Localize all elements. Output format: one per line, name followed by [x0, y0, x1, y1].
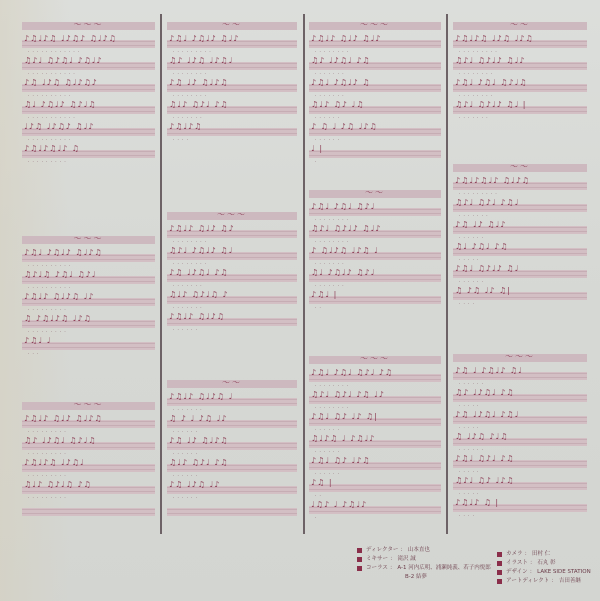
- bullet-square-icon: [357, 557, 362, 562]
- staff: ♪♫♩♪ ♫♩♪ ♫♩♪♫· · · · · · · · ·: [22, 420, 155, 428]
- staff: ♪♫♩♪ ♫♩♪ ♫♪· · · · · · · ·: [167, 230, 297, 238]
- song-title-band: 〜〜〜: [22, 22, 155, 30]
- staff: ♪ ♫♩♪♫ ♩♪♫ ♩· · · · · · ·: [309, 252, 441, 260]
- song-section: 〜〜〜 ♪♫♩ ♪♫♩♪ ♫♩♪♫· · · · · · · · · · ♫♪♩…: [22, 236, 155, 364]
- staff: ♫ ♪♫♩♪♫ ♩♪♫· · · · · · · · ·: [22, 320, 155, 328]
- staff: ♪♫ ♩♪ ♫♩♪· · · · · ·: [453, 226, 587, 234]
- staff: ♫♩♪ ♫♪♩♫ ♪♫· · · · · · · · ·: [22, 486, 155, 494]
- staff: ♫ ♪♫ ♩♪ ♫|· · · ·: [453, 292, 587, 300]
- song-title: 〜〜〜: [22, 399, 155, 410]
- staff: ♪♫♩ ♪♫♩ ♫♪♩· · · · · · · ·: [309, 208, 441, 216]
- staff: [22, 508, 155, 516]
- song-title: 〜〜: [167, 19, 297, 30]
- staff: ♫♩♪ ♫♪♩ ♪♫· · · · · · ·: [167, 106, 297, 114]
- song-title-band: 〜〜〜: [167, 212, 297, 220]
- staff: ♫♪♩ ♫♪♩♪ ♫♩♪· · · · · · · ·: [453, 62, 587, 70]
- song-title-band: 〜〜〜: [309, 356, 441, 364]
- staff: ♫♪♩♫ ♪♫♩ ♫♪♩· · · · · · · · · ·: [22, 276, 155, 284]
- song-title: 〜〜: [309, 187, 441, 198]
- staff: ♫♪♩ ♫♪♩♪ ♫♩ |· · · · · · ·: [453, 106, 587, 114]
- song-section: 〜〜〜 ♪♫ ♩ ♪♫♩♪ ♫♩· · · · · · ♫♪ ♩♪♫♩ ♪♫· …: [453, 354, 587, 526]
- bullet-square-icon: [497, 570, 502, 575]
- staff: ♫ ♩♪♫ ♪♩♫· · · · · ·: [453, 438, 587, 446]
- song-title: 〜〜〜: [22, 19, 155, 30]
- staff: ♫♩♪ ♫♪ ♩♫· · · · · ·: [309, 106, 441, 114]
- song-title-band: 〜〜〜: [453, 354, 587, 362]
- staff: ♪♫♩♪♫· · · ·: [167, 128, 297, 136]
- song-section: 〜〜〜 ♪♫♩♪ ♫♩♪ ♫♪· · · · · · · · ♫♪♩ ♪♫♩♪ …: [167, 212, 297, 340]
- credit-row: デザイン：LAKE SIDE STATION: [497, 568, 591, 577]
- staff: ♩♫♪ ♩ ♪♫♩♪·: [309, 506, 441, 514]
- song-title-band: 〜〜: [453, 22, 587, 30]
- credits-right: カメラ：田村 仁 イラスト：石丸 彰 デザイン：LAKE SIDE STATIO…: [497, 550, 591, 586]
- song-title-band: 〜〜〜: [22, 236, 155, 244]
- staff: ♫♩ ♪♫♩♪ ♫♪♩· · · · · · ·: [309, 274, 441, 282]
- song-title: 〜〜〜: [453, 351, 587, 362]
- staff: ♪♫♩♪♫ ♩♪♫♪ ♫♩♪♫· · · · · · · · · · · ·: [22, 40, 155, 48]
- staff: ♪♫♩ ♫♪ ♩♪♫· · · · · ·: [309, 462, 441, 470]
- credit-row: コーラス：A-1 河内広明、浦瀬純義、若子内悦郎: [357, 564, 491, 573]
- song-section: 〜〜 ♪♫♩ ♪♫♩ ♫♪♩· · · · · · · · ♫♪♩ ♫♪♩♪ ♫…: [309, 190, 441, 318]
- song-title: 〜〜〜: [167, 209, 297, 220]
- staff: ♪♫♩ ♪♫♩ ♫♪♩ ♪♫· · · · · · · ·: [309, 374, 441, 382]
- staff: ♫ ♪ ♩ ♪♫ ♩♪· · · · · ·: [167, 420, 297, 428]
- staff: ♩♪♫ ♩♪♫♪ ♫♩♪· · · · · · · · · ·: [22, 128, 155, 136]
- staff: ♪♫♩♪♫ ♩♪♫♩· · · · · · · · ·: [22, 464, 155, 472]
- song-title: 〜〜: [453, 161, 587, 172]
- staff: ♪♫ ♩ ♪♫♩♪ ♫♩· · · · · ·: [453, 372, 587, 380]
- staff: ♫♪ ♩♪♫ ♩♪♫♩· · · · · · · ·: [167, 62, 297, 70]
- song-section: 〜〜 ♪♫♩♪♫♩♪ ♫♩♪♫· · · · · · · · · ♫♪♩ ♫♪♩…: [453, 164, 587, 314]
- staff: ♪♫ ♩♪♫ ♩♪· · · · · ·: [167, 486, 297, 494]
- staff: ♪♫♩ ♫♪ ♩♪ ♫|· · · · · ·: [309, 418, 441, 426]
- credit-row: イラスト：石丸 彰: [497, 559, 591, 568]
- staff: ♫♪♩ ♫♪♫♩ ♪♫♩♪· · · · · · · · · · ·: [22, 62, 155, 70]
- song-title: 〜〜: [453, 19, 587, 30]
- song-section: 〜〜 ♪♫♩♪♫ ♩♪♫ ♩♪♫· · · · · · · · · ♫♪♩ ♫♪…: [453, 22, 587, 128]
- credits-left: ディレクター：山本直也 ミキサー：滝沢 誠 コーラス：A-1 河内広明、浦瀬純義…: [357, 546, 491, 582]
- bullet-square-icon: [497, 561, 502, 566]
- bullet-square-icon: [357, 548, 362, 553]
- staff: ♪♫♩♪♫♩♪ ♫· · · · · · · · ·: [22, 150, 155, 158]
- bullet-square-icon: [497, 552, 502, 557]
- staff: ♪♫♩♪ ♫♩♪♫ ♩· · · · · · ·: [167, 398, 297, 406]
- staff: ♪♫♩♪ ♫ |· · · ·: [453, 504, 587, 512]
- staff: ♪♫♩ ♩· · ·: [22, 342, 155, 350]
- staff: ♫♪ ♩♪♫♩ ♪♫· · · · ·: [453, 394, 587, 402]
- staff: ♪♫ ♩♪♫ ♫♩♪♫♪· · · · · · · · · ·: [22, 84, 155, 92]
- staff: ♪♫♩♪ ♫♩♪♫ ♩♪· · · · · · · · ·: [22, 298, 155, 306]
- song-title: 〜〜〜: [309, 353, 441, 364]
- staff: ♫♪♩ ♫♪ ♩♪♫· · · · ·: [453, 482, 587, 490]
- staff: ♪♫ ♩♪♫♩ ♪♫· · · · · · ·: [167, 274, 297, 282]
- staff: ♫♩♪♫ ♩ ♪♫♩♪· · · · · ·: [309, 440, 441, 448]
- staff: ♫♩ ♪♫♩♪ ♫♪♩♫· · · · · · · · · · ·: [22, 106, 155, 114]
- song-section: 〜〜〜 ♪♫♩♪ ♫♩♪ ♫♩♪♫· · · · · · · · · ♫♪ ♩♪…: [22, 402, 155, 530]
- staff: ♪ ♫ ♩ ♪♫ ♩♪♫· · · · · ·: [309, 128, 441, 136]
- staff: ♫♪ ♩♪♫♩ ♪♫· · · · · · ·: [309, 62, 441, 70]
- staff: ♪♫♩ |· ·: [309, 296, 441, 304]
- column-divider: [446, 14, 448, 534]
- staff: ♪♫♩ ♫♪♩ ♪♫· · · · ·: [453, 460, 587, 468]
- song-section: 〜〜〜 ♪♫♩ ♪♫♩ ♫♪♩ ♪♫· · · · · · · · ♫♪♩ ♫♪…: [309, 356, 441, 528]
- song-title-band: 〜〜: [167, 380, 297, 388]
- staff: ♫♩♪ ♫♪♩♫ ♪· · · · · · ·: [167, 296, 297, 304]
- staff: ♪♫♩ ♪♫♩♪ ♫· · · · · · ·: [309, 84, 441, 92]
- staff: ♫♪♩ ♫♪♩♪ ♫♩♪· · · · · · · ·: [309, 230, 441, 238]
- bullet-square-icon: [357, 566, 362, 571]
- staff: ♫♪♩ ♪♫♩♪ ♫♩· · · · · · · ·: [167, 252, 297, 260]
- staff: ♪♫♩♪ ♫♩♪♫· · · · · ·: [167, 318, 297, 326]
- staff: ♫♪♩ ♫♪♩ ♪♫ ♩♪· · · · · · · ·: [309, 396, 441, 404]
- staff: [167, 508, 297, 516]
- song-section: 〜〜〜 ♪♫♩♪♫ ♩♪♫♪ ♫♩♪♫· · · · · · · · · · ·…: [22, 22, 155, 172]
- staff: ♫♩ ♪♫♩ ♪♫· · · · ·: [453, 248, 587, 256]
- staff: ♪♫♩ ♪♫♩ ♫♪♩♫· · · · · · · ·: [453, 84, 587, 92]
- staff: ♪♫♩ ♪♫♩♪ ♫♩♪· · · · · · · · ·: [167, 40, 297, 48]
- song-section: 〜〜 ♪♫♩♪ ♫♩♪♫ ♩· · · · · · · ♫ ♪ ♩ ♪♫ ♩♪·…: [167, 380, 297, 530]
- staff: ♫♩♪ ♫♪♩ ♪♫· · · · · ·: [167, 464, 297, 472]
- song-title-band: 〜〜: [167, 22, 297, 30]
- staff: ♪♫ |· ·: [309, 484, 441, 492]
- song-title-band: 〜〜: [309, 190, 441, 198]
- staff: ♪♫ ♩♪♫♩ ♪♫♩· · · · ·: [453, 416, 587, 424]
- credit-row: ミキサー：滝沢 誠: [357, 555, 491, 564]
- column-divider: [303, 14, 305, 534]
- staff: ♪♫♩♪♫♩♪ ♫♩♪♫· · · · · · · · ·: [453, 182, 587, 190]
- lyric-sheet-page: 〜〜〜 ♪♫♩♪♫ ♩♪♫♪ ♫♩♪♫· · · · · · · · · · ·…: [0, 0, 600, 601]
- staff: ♩ |·: [309, 150, 441, 158]
- song-title: 〜〜: [167, 377, 297, 388]
- staff: ♫♪ ♩♪♫♩ ♫♪♩♫· · · · · · · · ·: [22, 442, 155, 450]
- song-title-band: 〜〜〜: [22, 402, 155, 410]
- staff: ♪♫ ♩♪ ♫♩♪♫· · · · · ·: [167, 442, 297, 450]
- credit-row: B-2 結夢: [357, 573, 491, 582]
- song-title-band: 〜〜〜: [309, 22, 441, 30]
- staff: ♪♫ ♩♪ ♫♩♪♫· · · · · · · ·: [167, 84, 297, 92]
- staff: ♫♪♩ ♫♪♩ ♪♫♩· · · · · · ·: [453, 204, 587, 212]
- staff: ♪♫♩♪♫ ♩♪♫ ♩♪♫· · · · · · · · ·: [453, 40, 587, 48]
- staff: ♪♫♩ ♪♫♩♪ ♫♩♪♫· · · · · · · · · ·: [22, 254, 155, 262]
- bullet-square-icon: [497, 579, 502, 584]
- credit-row: カメラ：田村 仁: [497, 550, 591, 559]
- song-title: 〜〜〜: [309, 19, 441, 30]
- staff: ♪♫♩ ♫♪♩♪ ♫♩· · · · · ·: [453, 270, 587, 278]
- staff: ♪♫♩♪ ♫♩♪ ♫♩♪· · · · · · · ·: [309, 40, 441, 48]
- column-divider: [160, 14, 162, 534]
- credit-row: ディレクター：山本直也: [357, 546, 491, 555]
- song-section: 〜〜〜 ♪♫♩♪ ♫♩♪ ♫♩♪· · · · · · · · ♫♪ ♩♪♫♩ …: [309, 22, 441, 172]
- song-section: 〜〜 ♪♫♩ ♪♫♩♪ ♫♩♪· · · · · · · · · ♫♪ ♩♪♫ …: [167, 22, 297, 150]
- song-title: 〜〜〜: [22, 233, 155, 244]
- credit-row: アートディレクト：吉田善継: [497, 577, 591, 586]
- song-title-band: 〜〜: [453, 164, 587, 172]
